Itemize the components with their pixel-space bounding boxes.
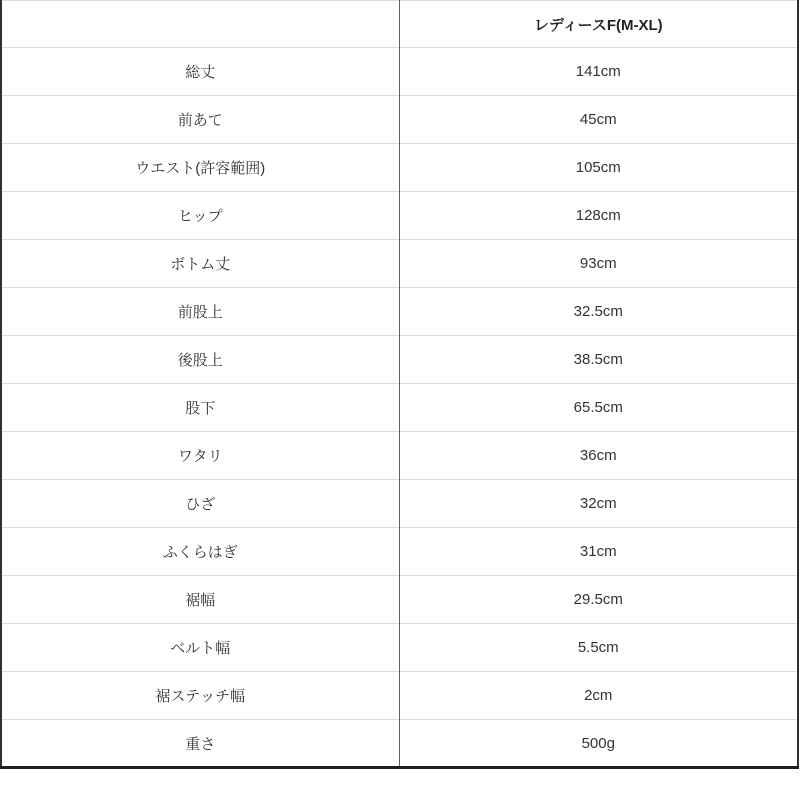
table-row: 裾ステッチ幅2cm [1, 672, 798, 720]
measurement-value: 29.5cm [399, 576, 798, 624]
measurement-value: 105cm [399, 144, 798, 192]
table-row: ひざ32cm [1, 480, 798, 528]
table-row: 裾幅29.5cm [1, 576, 798, 624]
size-chart-body: 総丈141cm前あて45cmウエスト(許容範囲)105cmヒップ128cmボトム… [1, 48, 798, 768]
measurement-label: ボトム丈 [1, 240, 399, 288]
measurement-label: 総丈 [1, 48, 399, 96]
measurement-value: 36cm [399, 432, 798, 480]
measurement-value: 5.5cm [399, 624, 798, 672]
measurement-value: 128cm [399, 192, 798, 240]
measurement-value: 38.5cm [399, 336, 798, 384]
table-row: ウエスト(許容範囲)105cm [1, 144, 798, 192]
measurement-value: 32cm [399, 480, 798, 528]
table-row: ボトム丈93cm [1, 240, 798, 288]
measurement-label: 前股上 [1, 288, 399, 336]
measurement-label: 重さ [1, 720, 399, 768]
measurement-value: 45cm [399, 96, 798, 144]
measurement-label: ひざ [1, 480, 399, 528]
size-chart-header-row: レディースF(M-XL) [1, 1, 798, 48]
measurement-label: 股下 [1, 384, 399, 432]
table-row: ベルト幅5.5cm [1, 624, 798, 672]
measurement-value: 2cm [399, 672, 798, 720]
table-row: ふくらはぎ31cm [1, 528, 798, 576]
table-row: 前股上32.5cm [1, 288, 798, 336]
measurement-label: ふくらはぎ [1, 528, 399, 576]
measurement-value: 500g [399, 720, 798, 768]
measurement-label: 後股上 [1, 336, 399, 384]
table-row: ワタリ36cm [1, 432, 798, 480]
table-row: 後股上38.5cm [1, 336, 798, 384]
table-row: 股下65.5cm [1, 384, 798, 432]
table-row: 重さ500g [1, 720, 798, 768]
measurement-value: 93cm [399, 240, 798, 288]
table-row: 前あて45cm [1, 96, 798, 144]
table-row: ヒップ128cm [1, 192, 798, 240]
measurement-value: 32.5cm [399, 288, 798, 336]
header-empty-cell [1, 1, 399, 48]
measurement-label: ウエスト(許容範囲) [1, 144, 399, 192]
size-chart-table: レディースF(M-XL) 総丈141cm前あて45cmウエスト(許容範囲)105… [0, 0, 799, 769]
measurement-value: 65.5cm [399, 384, 798, 432]
measurement-label: ヒップ [1, 192, 399, 240]
header-size-label: レディースF(M-XL) [399, 1, 798, 48]
measurement-label: 前あて [1, 96, 399, 144]
measurement-value: 141cm [399, 48, 798, 96]
measurement-label: ワタリ [1, 432, 399, 480]
measurement-label: 裾ステッチ幅 [1, 672, 399, 720]
measurement-value: 31cm [399, 528, 798, 576]
measurement-label: ベルト幅 [1, 624, 399, 672]
table-row: 総丈141cm [1, 48, 798, 96]
measurement-label: 裾幅 [1, 576, 399, 624]
